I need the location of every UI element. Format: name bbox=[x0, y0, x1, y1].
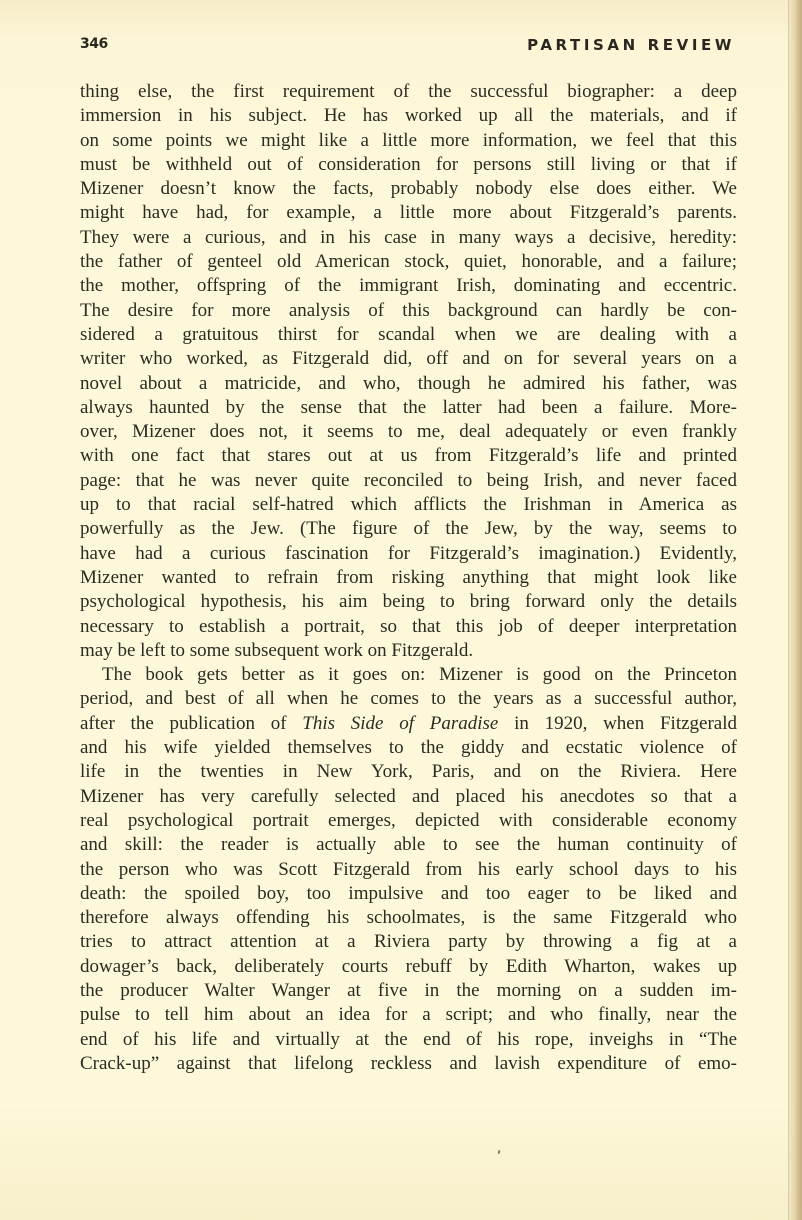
text-line: therefore always offending his schoolmat… bbox=[80, 906, 737, 930]
scanned-page: 346 PARTISAN REVIEW thing else, the firs… bbox=[0, 0, 802, 1220]
text-line: up to that racial self-hatred which affl… bbox=[80, 493, 737, 517]
text-line-with-title: after the publication of This Side of Pa… bbox=[80, 712, 737, 736]
text-line: the mother, offspring of the immigrant I… bbox=[80, 274, 737, 298]
article-body: thing else, the first requirement of the… bbox=[80, 80, 737, 1076]
text-line: may be left to some subsequent work on F… bbox=[80, 639, 737, 663]
text-line: with one fact that stares out at us from… bbox=[80, 444, 737, 468]
text-line: dowager’s back, deliberately courts rebu… bbox=[80, 955, 737, 979]
text-line: immersion in his subject. He has worked … bbox=[80, 104, 737, 128]
text-line: might have had, for example, a little mo… bbox=[80, 201, 737, 225]
text-line: Mizener has very carefully selected and … bbox=[80, 785, 737, 809]
text-line: Mizener doesn’t know the facts, probably… bbox=[80, 177, 737, 201]
text-line: and skill: the reader is actually able t… bbox=[80, 833, 737, 857]
scan-speck bbox=[498, 1150, 501, 1154]
journal-title: PARTISAN REVIEW bbox=[527, 36, 735, 54]
text-line: page: that he was never quite reconciled… bbox=[80, 469, 737, 493]
line-text: after the publication of bbox=[80, 713, 302, 734]
text-line: life in the twenties in New York, Paris,… bbox=[80, 760, 737, 784]
text-line: pulse to tell him about an idea for a sc… bbox=[80, 1003, 737, 1027]
text-line: necessary to establish a portrait, so th… bbox=[80, 615, 737, 639]
text-line: the producer Walter Wanger at five in th… bbox=[80, 979, 737, 1003]
paragraph-first-line: The book gets better as it goes on: Mize… bbox=[80, 663, 737, 687]
text-line: over, Mizener does not, it seems to me, … bbox=[80, 420, 737, 444]
text-line: and his wife yielded themselves to the g… bbox=[80, 736, 737, 760]
line-text: in 1920, when Fitzgerald bbox=[498, 713, 737, 734]
text-line: always haunted by the sense that the lat… bbox=[80, 396, 737, 420]
text-line: novel about a matricide, and who, though… bbox=[80, 372, 737, 396]
text-line: They were a curious, and in his case in … bbox=[80, 226, 737, 250]
text-line: Crack-up” against that lifelong reckless… bbox=[80, 1052, 737, 1076]
text-line: the person who was Scott Fitzgerald from… bbox=[80, 858, 737, 882]
text-line: period, and best of all when he comes to… bbox=[80, 687, 737, 711]
text-line: real psychological portrait emerges, dep… bbox=[80, 809, 737, 833]
book-title: This Side of Paradise bbox=[302, 713, 498, 734]
text-line: thing else, the first requirement of the… bbox=[80, 80, 737, 104]
text-line: tries to attract attention at a Riviera … bbox=[80, 930, 737, 954]
text-line: end of his life and virtually at the end… bbox=[80, 1028, 737, 1052]
page-number: 346 bbox=[80, 36, 108, 52]
text-line: Mizener wanted to refrain from risking a… bbox=[80, 566, 737, 590]
text-line: The desire for more analysis of this bac… bbox=[80, 299, 737, 323]
running-head: 346 PARTISAN REVIEW bbox=[80, 36, 735, 60]
text-line: psychological hypothesis, his aim being … bbox=[80, 590, 737, 614]
text-line: death: the spoiled boy, too impulsive an… bbox=[80, 882, 737, 906]
text-line: powerfully as the Jew. (The figure of th… bbox=[80, 517, 737, 541]
text-line: the father of genteel old American stock… bbox=[80, 250, 737, 274]
text-line: sidered a gratuitous thirst for scandal … bbox=[80, 323, 737, 347]
text-line: writer who worked, as Fitzgerald did, of… bbox=[80, 347, 737, 371]
text-line: must be withheld out of consideration fo… bbox=[80, 153, 737, 177]
text-line: have had a curious fascination for Fitzg… bbox=[80, 542, 737, 566]
page-edge-shadow bbox=[788, 0, 802, 1220]
text-line: on some points we might like a little mo… bbox=[80, 129, 737, 153]
